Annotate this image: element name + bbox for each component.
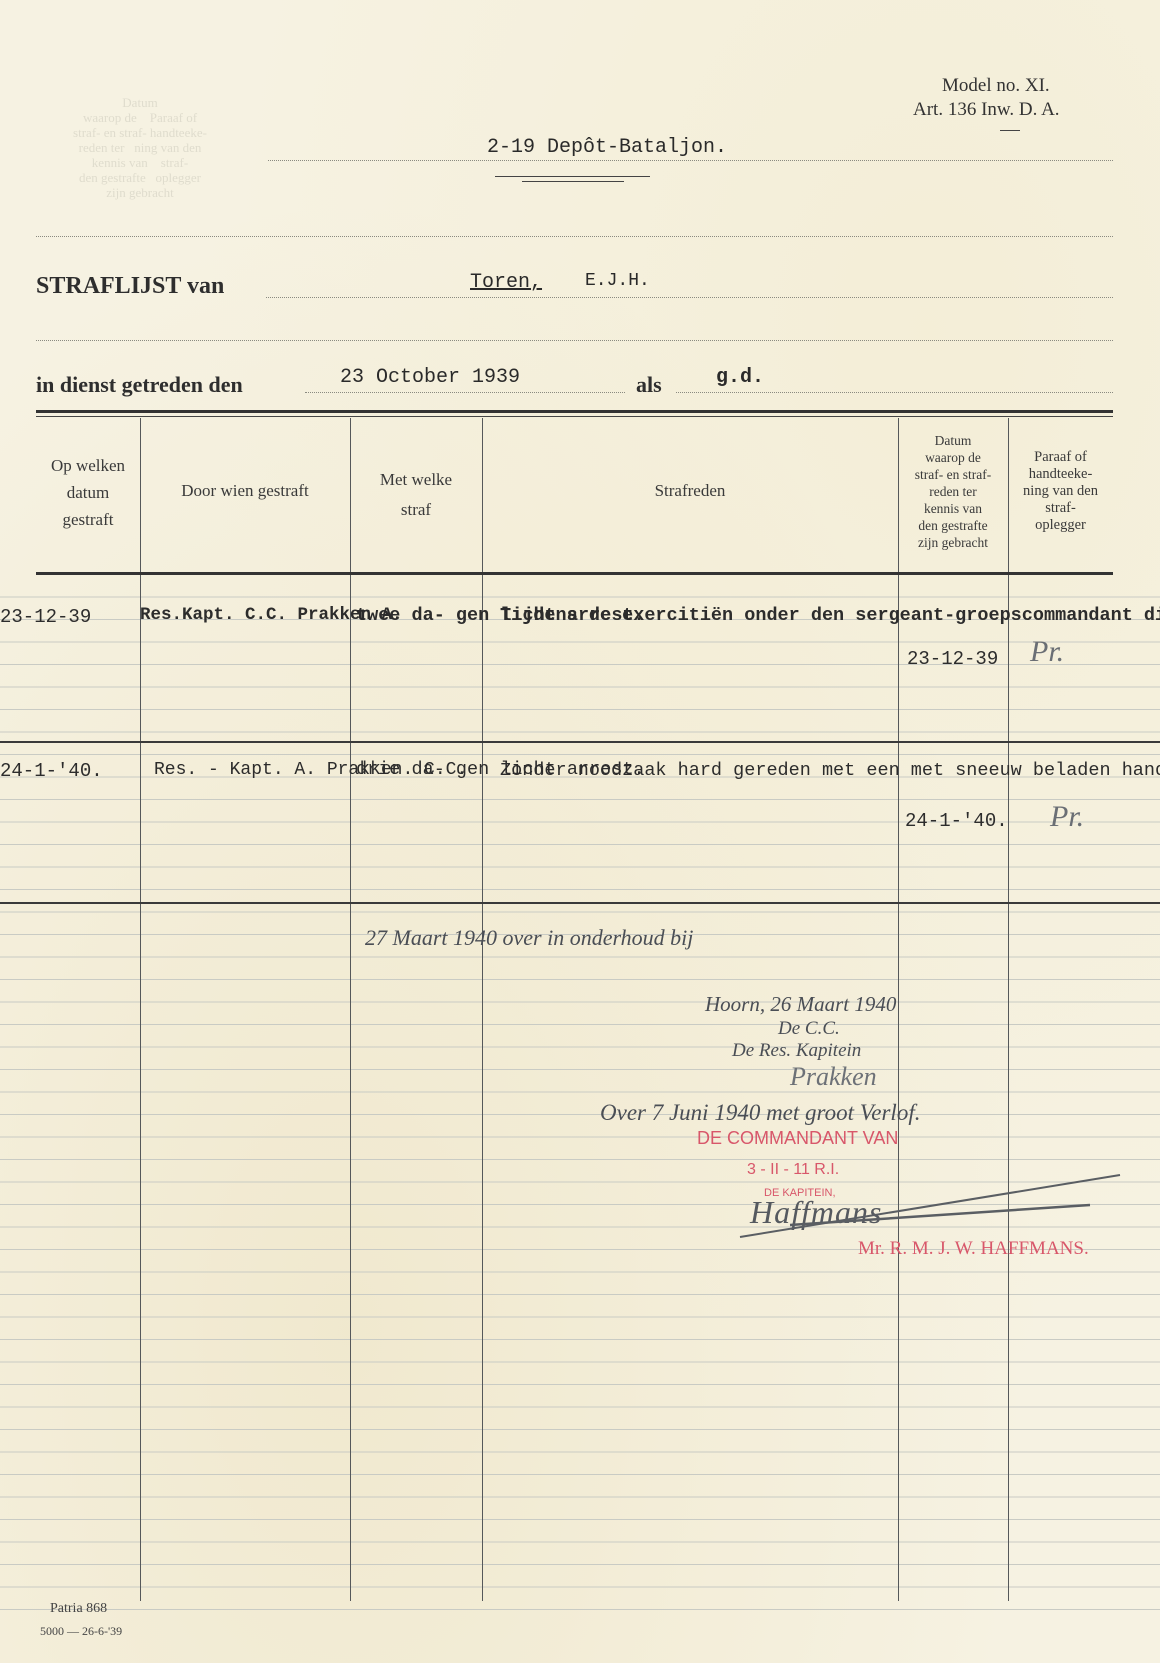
article-underline (1000, 130, 1020, 131)
soldier-initials: E.J.H. (585, 271, 650, 291)
show-through-text: Datumwaarop de Paraaf ofstraf- en straf-… (30, 95, 250, 200)
stamp-commandant: DE COMMANDANT VAN (697, 1128, 898, 1149)
handwritten-rank: De Res. Kapitein (732, 1040, 861, 1062)
ruled-lines (0, 575, 1160, 1620)
header-line: reden ter (898, 483, 1008, 500)
header-punishment: Met welke straf (350, 465, 482, 525)
header-notified-date: Datum waarop de straf- en straf- reden t… (898, 432, 1008, 551)
header-bottom-rule (36, 572, 1113, 575)
signature-prakken: Prakken (790, 1062, 877, 1092)
header-line: waarop de (898, 449, 1008, 466)
row-reason: Tijdens de exercitiën onder den sergeant… (500, 605, 1160, 627)
soldier-surname: Toren, (470, 271, 542, 294)
service-date: 23 October 1939 (340, 366, 520, 389)
handwritten-note-leave: Over 7 Juni 1940 met groot Verlof. (600, 1100, 920, 1126)
stamp-name: Mr. R. M. J. W. HAFFMANS. (858, 1238, 1089, 1260)
handwritten-cc: De C.C. (778, 1018, 840, 1040)
row-divider-2 (0, 902, 1160, 904)
column-divider-4 (898, 418, 899, 1601)
dotted-line-3 (36, 340, 1113, 341)
row-reason: Zonder noodzaak hard gereden met een met… (500, 759, 1160, 782)
service-label: in dienst getreden den (36, 372, 243, 398)
header-line: Paraaf of (1008, 449, 1113, 466)
table-top-rule-thin (36, 416, 1113, 417)
header-line: Datum (898, 432, 1008, 449)
model-number: Model no. XI. (942, 75, 1050, 97)
row-paraaf-signature: Pr. (1030, 635, 1064, 669)
header-line: gestraft (36, 506, 140, 533)
header-line: oplegger (1008, 517, 1113, 534)
table-top-rule (36, 410, 1113, 413)
header-line: straf (350, 495, 482, 525)
straflijst-label: STRAFLIJST van (36, 273, 224, 300)
header-date-punished: Op welken datum gestraft (36, 452, 140, 533)
header-paraaf: Paraaf of handteeke- ning van den straf-… (1008, 449, 1113, 534)
unit-underline-1 (495, 176, 650, 177)
column-divider-3 (482, 418, 483, 1601)
header-line: Door wien gestraft (140, 481, 350, 501)
row-divider-1 (0, 741, 1160, 743)
row-paraaf-signature: Pr. (1050, 800, 1084, 834)
unit-name: 2-19 Depôt-Bataljon. (487, 136, 727, 159)
document-page: Datumwaarop de Paraaf ofstraf- en straf-… (0, 0, 1160, 1663)
as-label: als (636, 372, 662, 398)
print-run: 5000 — 26-6-'39 (40, 1624, 122, 1639)
name-dotted-line (266, 297, 1113, 298)
article-reference: Art. 136 Inw. D. A. (913, 99, 1060, 121)
header-line: den gestrafte (898, 517, 1008, 534)
header-line: straf- en straf- (898, 466, 1008, 483)
row-notified-date: 23-12-39 (907, 648, 998, 670)
header-line: datum (36, 479, 140, 506)
unit-underline-2 (522, 181, 624, 182)
signature-stroke (730, 1165, 1130, 1245)
row-notified-date: 24-1-'40. (905, 810, 1008, 832)
header-line: Met welke (350, 465, 482, 495)
header-line: Strafreden (482, 481, 898, 501)
handwritten-place-date: Hoorn, 26 Maart 1940 (705, 992, 896, 1017)
column-divider-5 (1008, 418, 1009, 1601)
service-date-dotted-line (305, 392, 625, 393)
rank-value: g.d. (716, 366, 764, 389)
dotted-line-2 (36, 236, 1113, 237)
header-line: kennis van (898, 500, 1008, 517)
header-line: Op welken (36, 452, 140, 479)
row-date: 24-1-'40. (0, 760, 103, 782)
header-punished-by: Door wien gestraft (140, 481, 350, 501)
unit-dotted-line (268, 160, 1113, 161)
column-divider-2 (350, 418, 351, 1601)
handwritten-note-transfer: 27 Maart 1940 over in onderhoud bij (365, 925, 693, 951)
printer-imprint: Patria 868 (50, 1601, 107, 1617)
header-line: ning van den (1008, 483, 1113, 500)
row-date: 23-12-39 (0, 606, 91, 628)
header-reason: Strafreden (482, 481, 898, 501)
header-line: straf- (1008, 500, 1113, 517)
header-line: zijn gebracht (898, 534, 1008, 551)
column-divider-1 (140, 418, 141, 1601)
rank-dotted-line (676, 392, 1113, 393)
header-line: handteeke- (1008, 466, 1113, 483)
